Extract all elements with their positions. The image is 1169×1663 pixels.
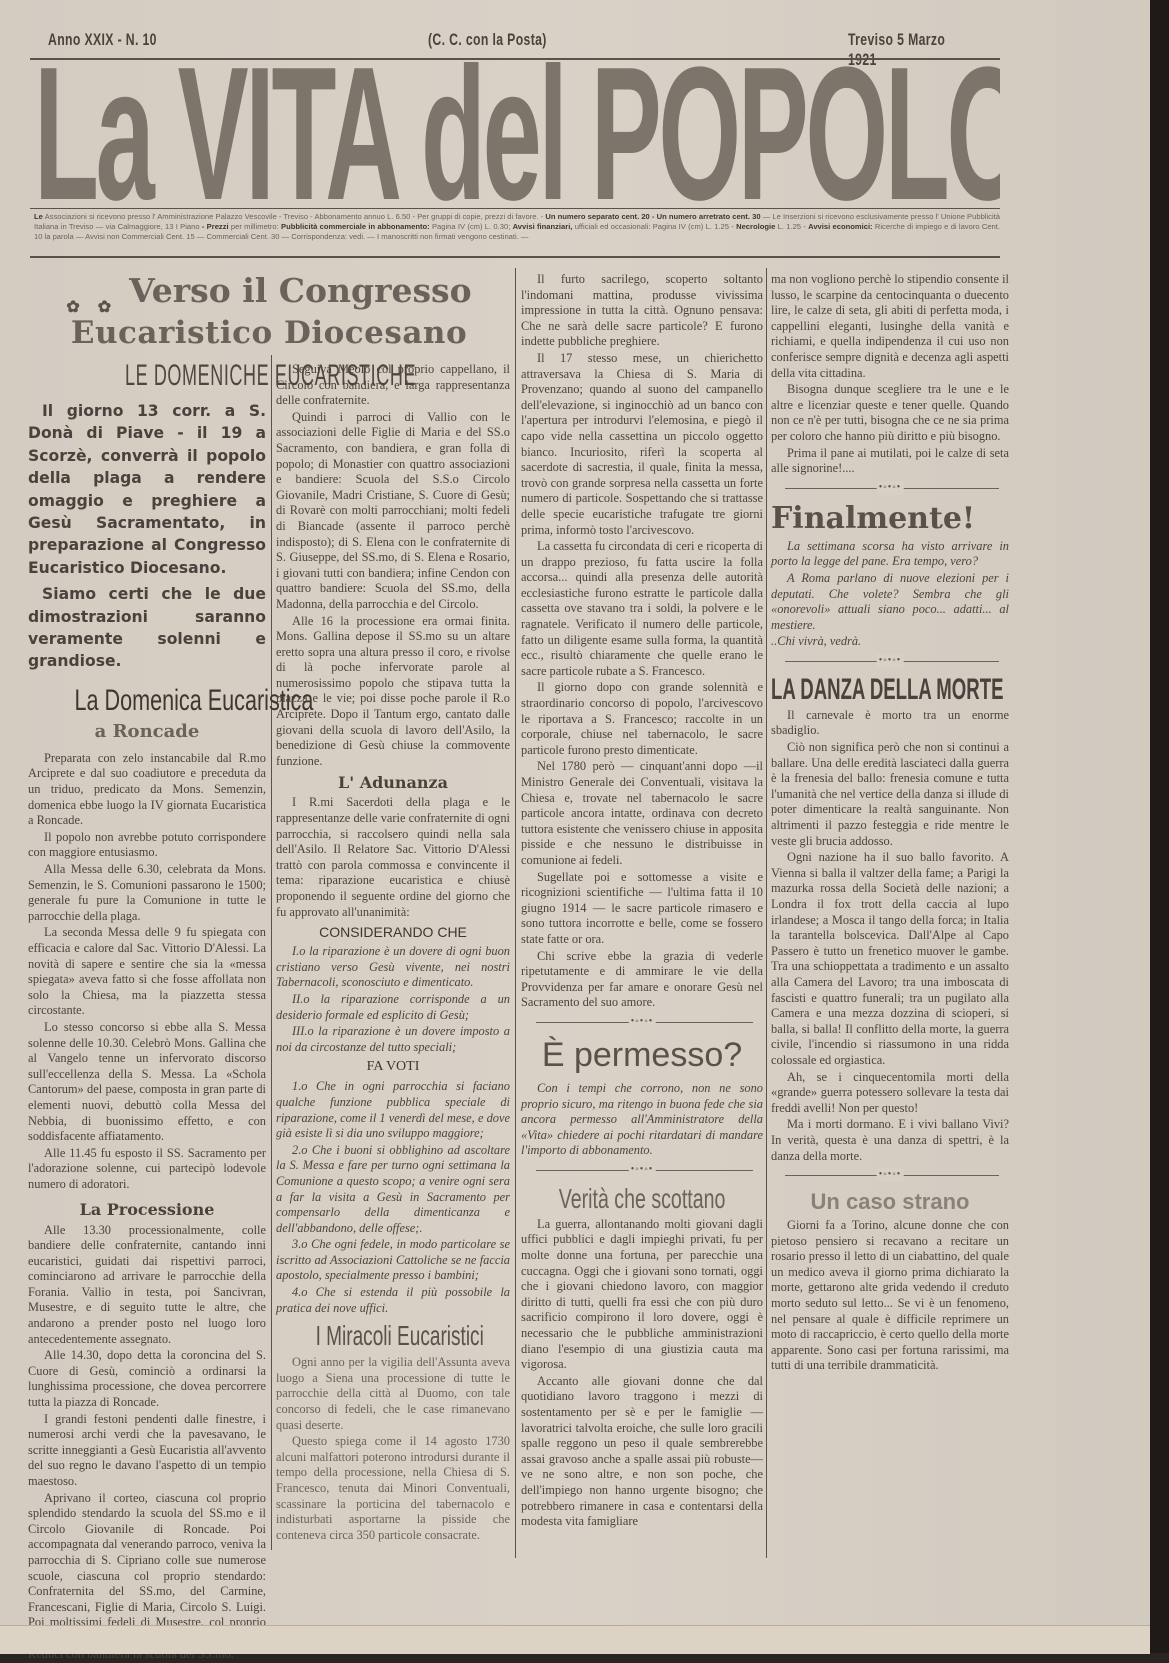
paragraph: Alle 14.30, dopo detta la coroncina del … [28, 1348, 266, 1410]
considerando-item: III.o la riparazione è un dovere imposto… [276, 1024, 510, 1055]
background-edge [1150, 0, 1169, 1653]
headline-line2: Eucaristico Diocesano [26, 312, 512, 354]
subscription-bold: Avvisi finanziari, [513, 222, 573, 231]
voti-item: 1.o Che in ogni parrocchia si faciano qu… [276, 1079, 510, 1141]
issue-number: Anno XXIX - N. 10 [48, 30, 157, 50]
paragraph: Ogni nazione ha il suo ballo favorito. A… [771, 850, 1009, 1068]
paragraph: Con i tempi che corrono, non ne sono pro… [521, 1081, 763, 1159]
paragraph: Bisogna dunque scegliere tra le une e le… [771, 382, 1009, 444]
paragraph: Prima il pane ai mutilati, poi le calze … [771, 446, 1009, 477]
section-title-caso-strano: Un caso strano [771, 1186, 1009, 1218]
section-title-danza: LA DANZA DELLA MORTE [771, 672, 1009, 708]
paragraph: Accanto alle giovani donne che dal quoti… [521, 1374, 763, 1530]
subscription-text: L. 1.25 - [775, 222, 808, 231]
masthead: La VITA del POPOLO [34, 62, 1000, 202]
headline-line1: Verso il Congresso [129, 271, 472, 310]
subscription-bold: Avvisi economici: [808, 222, 872, 231]
column-4: ma non vogliono perchè lo stipendio cons… [771, 272, 1009, 1375]
section-subtitle-roncade: a Roncade [28, 719, 266, 745]
paragraph: Il furto sacrilego, scoperto soltanto l'… [521, 272, 763, 350]
paragraph: I grandi festoni pendenti dalle finestre… [28, 1412, 266, 1490]
voti-item: 4.o Che si estenda il più possobile la p… [276, 1285, 510, 1316]
column-rule [271, 355, 272, 1550]
label-fa-voti: FA VOTI [276, 1057, 510, 1077]
paragraph: Giorni fa a Torino, alcune donne che con… [771, 1218, 1009, 1374]
paragraph: A Roma parlano di nuove elezioni per i d… [771, 571, 1009, 633]
main-headline: ✿✿Verso il Congresso Eucaristico Diocesa… [26, 270, 512, 354]
column-rule [515, 268, 516, 1558]
subscription-bold: Pubblicità commerciale in abbonamento: [281, 222, 430, 231]
ornamental-separator: •◦•◦• [771, 1168, 1009, 1182]
subscription-bold: Un numero separato cent. 20 - Un numero … [545, 212, 760, 221]
paragraph: Questo spiega come il 14 agosto 1730 alc… [276, 1434, 510, 1543]
paragraph: La guerra, allontanando molti giovani da… [521, 1217, 763, 1373]
paragraph: La seconda Messa delle 9 fu spiegata con… [28, 925, 266, 1019]
paragraph: Il carnevale è morto tra un enorme sbadi… [771, 708, 1009, 739]
voti-item: 3.o Che ogni fedele, in modo particolare… [276, 1237, 510, 1284]
voti-item: 2.o Che i buoni si obblighino ad ascolta… [276, 1143, 510, 1237]
section-title-adunanza: L' Adunanza [276, 771, 510, 795]
label-considerando: CONSIDERANDO CHE [276, 922, 510, 942]
ornamental-separator: •◦•◦• [771, 654, 1009, 668]
section-title-finalmente: Finalmente! [771, 499, 1009, 539]
paragraph: Alle 13.30 processionalmente, colle band… [28, 1223, 266, 1348]
lead-paragraph: Siamo certi che le due dimostrazioni sar… [28, 583, 266, 673]
paragraph: Ciò non significa però che non si contin… [771, 740, 1009, 849]
section-title-processione: La Processione [28, 1197, 266, 1223]
article-processione: Alle 13.30 processionalmente, colle band… [28, 1223, 266, 1654]
paragraph: La cassetta fu circondata di ceri e rico… [521, 539, 763, 679]
column-3: Il furto sacrilego, scoperto soltanto l'… [521, 272, 763, 1531]
column-2: Seguiva Meolo col proprio cappellano, il… [276, 362, 510, 1544]
paragraph: Il 17 stesso mese, un chierichetto attra… [521, 351, 763, 538]
paragraph: Quindi i parroci di Vallio con le associ… [276, 410, 510, 613]
subscription-bold: Necrologie [736, 222, 775, 231]
paragraph: Lo stesso concorso si ebbe alla S. Messa… [28, 1020, 266, 1145]
subscription-text: Associazioni si ricevono presso l' Ammin… [43, 212, 546, 221]
paragraph: Alle 11.45 fu esposto il SS. Sacramento … [28, 1146, 266, 1193]
paragraph: Alle 16 la processione era ormai finita.… [276, 614, 510, 770]
issue-info-bar: Anno XXIX - N. 10 (C. C. con la Posta) T… [48, 30, 998, 56]
subscription-text: ufficiali ed occasionali: Pagina IV (cm)… [572, 222, 736, 231]
masthead-title: La VITA del POPOLO [34, 62, 1000, 202]
paragraph: Preparata con zelo instancabile dal R.mo… [28, 751, 266, 829]
column-1: LE DOMENICHE EUCARISTICHE Il giorno 13 c… [28, 358, 266, 1653]
paragraph: La settimana scorsa ha visto arrivare in… [771, 539, 1009, 570]
paragraph: Il popolo non avrebbe potuto corrisponde… [28, 830, 266, 861]
article-roncade: Preparata con zelo instancabile dal R.mo… [28, 751, 266, 1193]
divider [30, 256, 1000, 258]
paragraph: Nel 1780 però — cinquant'anni dopo —il M… [521, 759, 763, 868]
page-bottom-edge [0, 1625, 1150, 1653]
considerando-item: II.o la riparazione corrisponde a un des… [276, 992, 510, 1023]
flower-ornament-icon: ✿ [66, 286, 79, 300]
section-title-domeniche: LE DOMENICHE EUCARISTICHE [28, 358, 266, 394]
section-title-permesso: È permesso? [521, 1033, 763, 1077]
section-title-verita: Verità che scottano [521, 1181, 763, 1217]
paragraph: Ogni anno per la vigilia dell'Assunta av… [276, 1355, 510, 1433]
paragraph: ..Chi vivrà, vedrà. [771, 634, 1009, 650]
lead-paragraph: Il giorno 13 corr. a S. Donà di Piave - … [28, 400, 266, 579]
paragraph: Seguiva Meolo col proprio cappellano, il… [276, 362, 510, 409]
section-title-miracoli: I Miracoli Eucaristici [276, 1317, 510, 1355]
ornamental-separator: •◦•◦• [521, 1015, 763, 1029]
lead-announcement: Il giorno 13 corr. a S. Donà di Piave - … [28, 400, 266, 673]
paragraph: I R.mi Sacerdoti della plaga e le rappre… [276, 795, 510, 920]
paragraph: ma non vogliono perchè lo stipendio cons… [771, 272, 1009, 381]
paragraph: Chi scrive ebbe la grazia di vederle rip… [521, 949, 763, 1011]
subscription-info: Le Associazioni si ricevono presso l' Am… [34, 212, 1000, 242]
subscription-bold: - Prezzi [202, 222, 229, 231]
paragraph: Ma i morti dormano. E i vivi ballano Viv… [771, 1117, 1009, 1164]
paragraph: Ah, se i cinquecentomila morti della «gr… [771, 1070, 1009, 1117]
section-title-domenica: La Domenica Eucaristica [28, 683, 266, 719]
paragraph: Sugellate poi e sottomesse a visite e ri… [521, 870, 763, 948]
postal-note: (C. C. con la Posta) [428, 30, 547, 50]
ornamental-separator: •◦•◦• [771, 481, 1009, 495]
considerando-item: I.o la riparazione è un dovere di ogni b… [276, 944, 510, 991]
flower-ornament-icon: ✿ [98, 286, 111, 300]
newspaper-page: Anno XXIX - N. 10 (C. C. con la Posta) T… [0, 0, 1150, 1640]
ornamental-separator: •◦•◦• [521, 1163, 763, 1177]
subscription-text: per millimetro: [229, 222, 281, 231]
subscription-bold: Le [34, 212, 43, 221]
paragraph: Il giorno dopo con grande solennità e st… [521, 680, 763, 758]
divider [30, 208, 1000, 209]
subscription-text: Pagina IV (cm) L. 0.30; [430, 222, 513, 231]
paragraph: Alla Messa delle 6.30, celebrata da Mons… [28, 862, 266, 924]
column-rule [766, 268, 767, 1558]
divider [30, 58, 1000, 60]
